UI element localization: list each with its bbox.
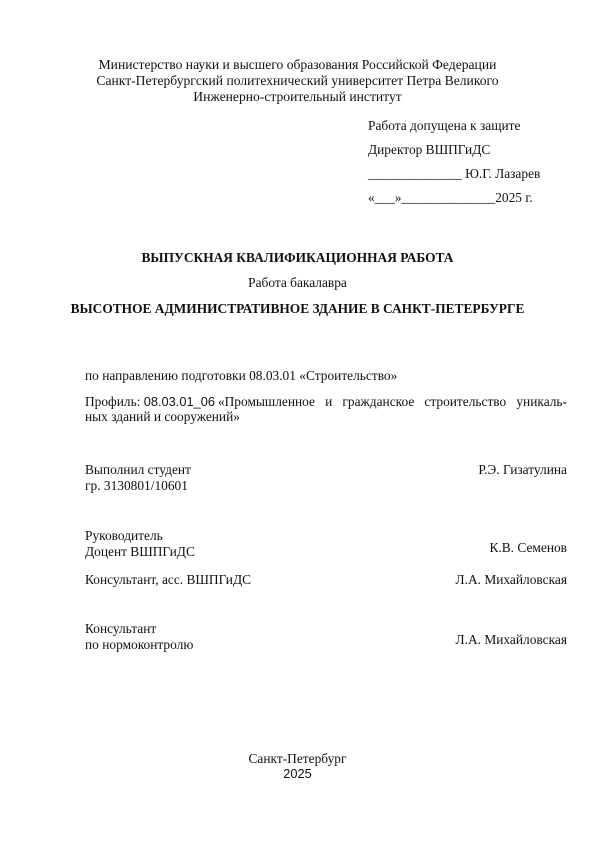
footer-city: Санкт-Петербург: [0, 751, 595, 767]
supervisor-role-label: Руководитель: [85, 528, 195, 544]
supervisor-role: Руководитель Доцент ВШПГиДС: [85, 528, 195, 560]
approval-admitted: Работа допущена к защите: [368, 118, 568, 134]
student-name: Р.Э. Гизатулина: [478, 462, 567, 478]
consultant-role: Консультант, асс. ВШПГиДС: [85, 572, 251, 588]
university-line: Санкт-Петербургский политехнический унив…: [0, 73, 595, 89]
institute-line: Инженерно-строительный институт: [0, 89, 595, 105]
study-profile: Профиль: 08.03.01_06 «Промышленное и гра…: [85, 394, 567, 424]
supervisor-position: Доцент ВШПГиДС: [85, 544, 195, 560]
consultant-role-label: Консультант, асс. ВШПГиДС: [85, 572, 251, 588]
supervisor-name: К.В. Семенов: [489, 540, 567, 556]
document-subtitle: Работа бакалавра: [0, 275, 595, 291]
ministry-line: Министерство науки и высшего образования…: [0, 57, 595, 73]
student-role-label: Выполнил студент: [85, 462, 191, 478]
approval-director: Директор ВШПГиДС: [368, 142, 568, 158]
normcontrol-name: Л.А. Михайловская: [456, 632, 567, 648]
profile-line1: «Промышленное и гражданское строительств…: [215, 394, 567, 409]
footer-year: 2025: [0, 766, 595, 782]
approval-date-line: «___»______________2025 г.: [368, 190, 568, 206]
profile-line2: ных зданий и сооружений»: [85, 409, 567, 424]
student-group: гр. 3130801/10601: [85, 478, 191, 494]
student-role: Выполнил студент гр. 3130801/10601: [85, 462, 191, 494]
profile-code: 08.03.01_06: [144, 394, 215, 409]
profile-label: Профиль:: [85, 394, 144, 409]
normcontrol-role: Консультант по нормоконтролю: [85, 621, 193, 653]
approval-signature-line: ______________ Ю.Г. Лазарев: [368, 166, 568, 182]
normcontrol-role-label: Консультант: [85, 621, 193, 637]
normcontrol-role-detail: по нормоконтролю: [85, 637, 193, 653]
consultant-name: Л.А. Михайловская: [456, 572, 567, 588]
thesis-topic: ВЫСОТНОЕ АДМИНИСТРАТИВНОЕ ЗДАНИЕ В САНКТ…: [0, 301, 595, 317]
document-title: ВЫПУСКНАЯ КВАЛИФИКАЦИОННАЯ РАБОТА: [0, 250, 595, 266]
study-direction: по направлению подготовки 08.03.01 «Стро…: [85, 368, 567, 383]
